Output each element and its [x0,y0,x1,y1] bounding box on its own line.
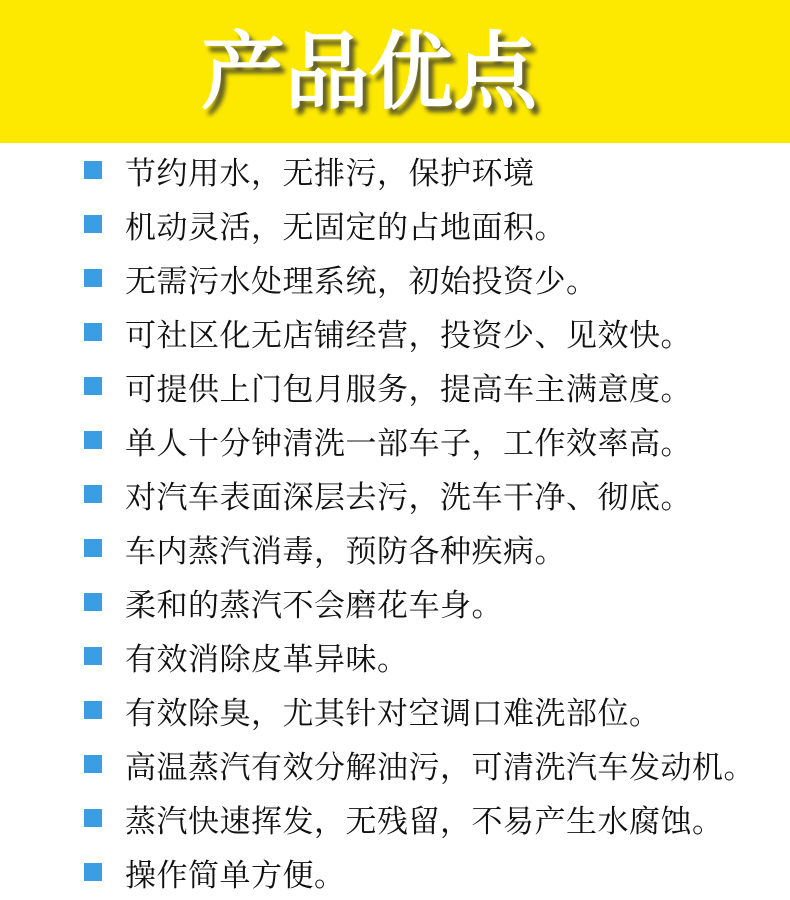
bullet-square-icon [84,647,102,665]
bullet-square-icon [84,809,102,827]
advantage-list: 节约用水，无排污，保护环境 机动灵活，无固定的占地面积。 无需污水处理系统，初始… [0,143,790,891]
bullet-square-icon [84,593,102,611]
list-item: 可提供上门包月服务，提高车主满意度。 [0,374,790,405]
bullet-square-icon [84,431,102,449]
list-item: 有效除臭，尤其针对空调口难洗部位。 [0,698,790,729]
list-item: 单人十分钟清洗一部车子，工作效率高。 [0,428,790,459]
header-banner: 产品优点 [0,0,790,143]
list-item: 高温蒸汽有效分解油污，可清洗汽车发动机。 [0,752,790,783]
list-item-text: 节约用水，无排污，保护环境 [125,158,535,189]
list-item-text: 可提供上门包月服务，提高车主满意度。 [125,374,692,405]
bullet-square-icon [84,539,102,557]
list-item-text: 蒸汽快速挥发，无残留，不易产生水腐蚀。 [125,806,724,837]
bullet-square-icon [84,863,102,881]
bullet-square-icon [84,215,102,233]
list-item-text: 高温蒸汽有效分解油污，可清洗汽车发动机。 [125,752,755,783]
list-item: 机动灵活，无固定的占地面积。 [0,212,790,243]
product-advantages-page: 产品优点 节约用水，无排污，保护环境 机动灵活，无固定的占地面积。 无需污水处理… [0,0,790,900]
list-item-text: 柔和的蒸汽不会磨花车身。 [125,590,503,621]
list-item-text: 机动灵活，无固定的占地面积。 [125,212,566,243]
list-item-text: 单人十分钟清洗一部车子，工作效率高。 [125,428,692,459]
list-item: 有效消除皮革异味。 [0,644,790,675]
list-item: 操作简单方便。 [0,860,790,891]
list-item-text: 对汽车表面深层去污，洗车干净、彻底。 [125,482,692,513]
bullet-square-icon [84,161,102,179]
list-item: 蒸汽快速挥发，无残留，不易产生水腐蚀。 [0,806,790,837]
bullet-square-icon [84,377,102,395]
list-item-text: 车内蒸汽消毒，预防各种疾病。 [125,536,566,567]
list-item: 无需污水处理系统，初始投资少。 [0,266,790,297]
bullet-square-icon [84,269,102,287]
list-item: 对汽车表面深层去污，洗车干净、彻底。 [0,482,790,513]
list-item: 柔和的蒸汽不会磨花车身。 [0,590,790,621]
page-title: 产品优点 [201,30,537,114]
list-item-text: 无需污水处理系统，初始投资少。 [125,266,598,297]
bullet-square-icon [84,485,102,503]
bullet-square-icon [84,755,102,773]
list-item: 车内蒸汽消毒，预防各种疾病。 [0,536,790,567]
list-item-text: 有效消除皮革异味。 [125,644,409,675]
list-item-text: 操作简单方便。 [125,860,346,891]
list-item-text: 有效除臭，尤其针对空调口难洗部位。 [125,698,661,729]
list-item: 可社区化无店铺经营，投资少、见效快。 [0,320,790,351]
list-item-text: 可社区化无店铺经营，投资少、见效快。 [125,320,692,351]
list-item: 节约用水，无排污，保护环境 [0,158,790,189]
bullet-square-icon [84,323,102,341]
bullet-square-icon [84,701,102,719]
